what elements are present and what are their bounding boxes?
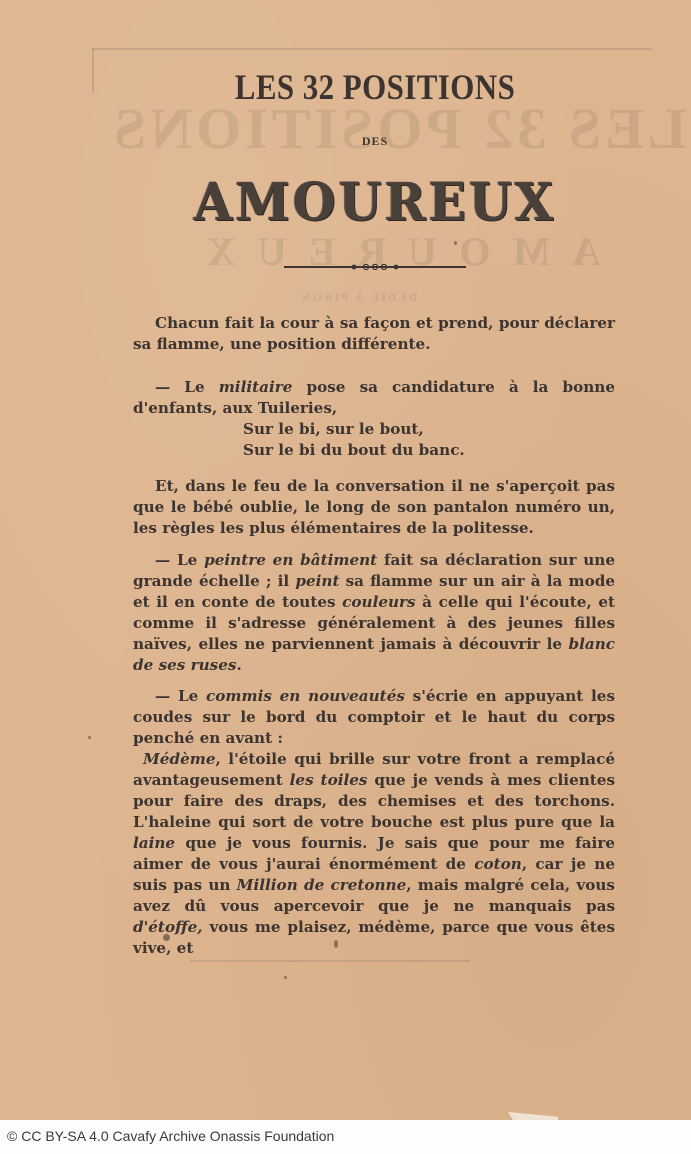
title-connector: DES — [0, 134, 691, 149]
italic-term: peint — [295, 572, 339, 590]
italic-term: militaire — [219, 378, 293, 396]
bleed-through-line — [190, 960, 470, 962]
decorative-title: AMOUREUX — [19, 172, 691, 233]
ink-spot — [454, 241, 457, 245]
paper-tear — [508, 1112, 558, 1120]
ink-spot — [284, 976, 287, 979]
ink-spot — [88, 736, 91, 739]
italic-term: commis en nouveautés — [206, 687, 405, 705]
footer-bar: © CC BY-SA 4.0 Cavafy Archive Onassis Fo… — [0, 1120, 691, 1154]
text-run: — Le — [155, 378, 219, 396]
paragraph-text: Chacun fait la cour à sa façon et prend,… — [133, 313, 615, 355]
bleed-through-frame — [92, 48, 652, 50]
text-run: . — [236, 656, 241, 674]
italic-term: laine — [133, 834, 175, 852]
text-run: vous me plaisez, médème, parce que vous … — [133, 918, 615, 957]
text-run: — Le — [155, 551, 204, 569]
document-page: LES 32 POSITIONS AMOUREUX DÉDIÉ À PIRON … — [0, 0, 691, 1120]
page-title: LES 32 POSITIONS — [53, 66, 691, 108]
text-run: — Le — [155, 687, 206, 705]
intro-paragraph: Chacun fait la cour à sa façon et prend,… — [133, 313, 615, 355]
commis-paragraph: — Le commis en nouveautés s'écrie en app… — [133, 686, 615, 959]
italic-term: couleurs — [342, 593, 415, 611]
italic-term: peintre en bâtiment — [204, 551, 377, 569]
conversation-paragraph: Et, dans le feu de la conversation il ne… — [133, 476, 615, 539]
copyright-credit: © CC BY-SA 4.0 Cavafy Archive Onassis Fo… — [7, 1128, 334, 1144]
paragraph-text: Et, dans le feu de la conversation il ne… — [133, 476, 615, 539]
italic-term: Million de cretonne — [237, 876, 407, 894]
italic-term: les toiles — [290, 771, 368, 789]
verse-line: Sur le bi du bout du banc. — [133, 440, 615, 461]
italic-term: coton — [474, 855, 522, 873]
bleed-through-dedication: DÉDIÉ À PIRON — [300, 290, 417, 305]
italic-term: Médème — [143, 750, 216, 768]
ink-spot — [334, 940, 338, 948]
militaire-paragraph: — Le militaire pose sa candidature à la … — [133, 377, 615, 461]
ink-spot — [163, 934, 170, 941]
peintre-paragraph: — Le peintre en bâtiment fait sa déclara… — [133, 550, 615, 676]
ornament-divider-icon — [284, 264, 466, 270]
verse-line: Sur le bi, sur le bout, — [133, 419, 615, 440]
